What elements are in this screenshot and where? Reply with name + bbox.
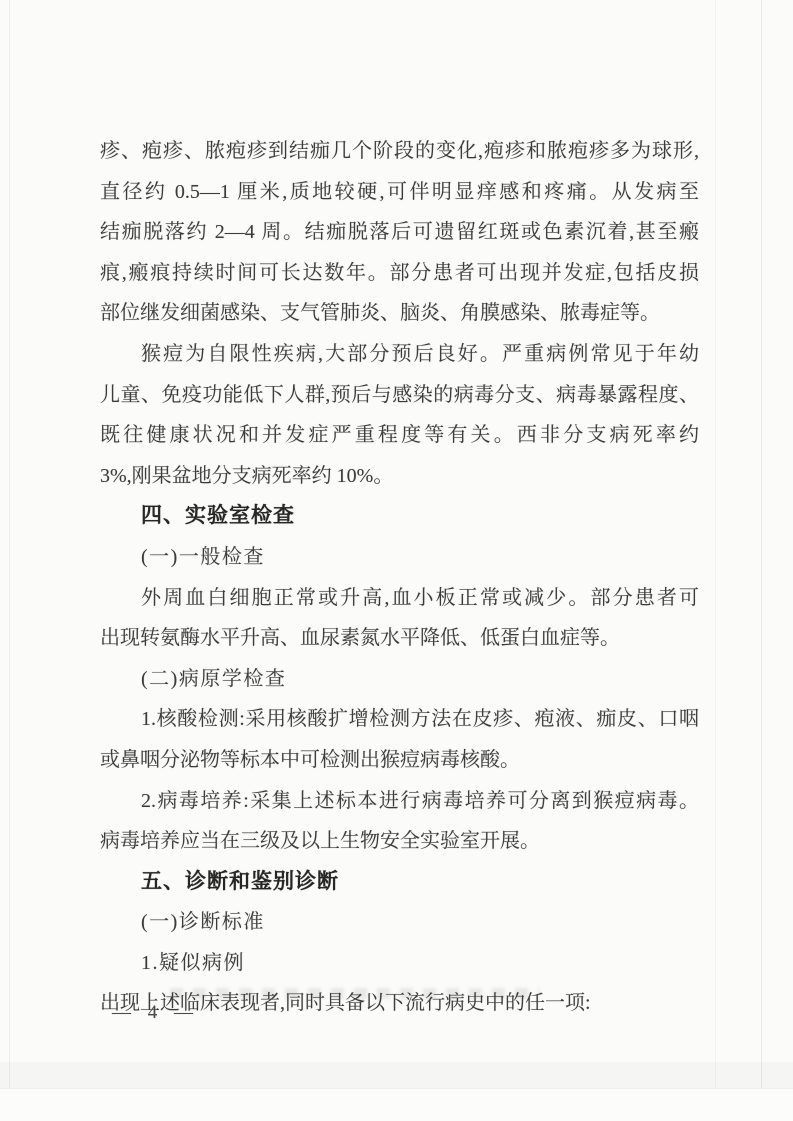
- page-number: — 4 —: [112, 1002, 199, 1024]
- subsection-heading: (二)病原学检查: [100, 659, 699, 700]
- scan-edge-line-right-outer: [761, 0, 762, 1121]
- text-line: 儿童、免疫功能低下人群,预后与感染的病毒分支、病毒暴露程度、: [100, 375, 699, 416]
- text-line: 结痂脱落约 2—4 周。结痂脱落后可遗留红斑或色素沉着,甚至瘢: [100, 212, 699, 253]
- section-heading: 四、实验室检查: [100, 496, 699, 537]
- subsection-heading: (一)诊断标准: [100, 902, 699, 943]
- text-line: 出现转氨酶水平升高、血尿素氮水平降低、低蛋白血症等。: [100, 618, 699, 659]
- text-line: 1.核酸检测:采用核酸扩增检测方法在皮疹、疱液、痂皮、口咽: [100, 699, 699, 740]
- scan-edge-line-left: [9, 0, 10, 1121]
- document-body: 疹、疱疹、脓疱疹到结痂几个阶段的变化,疱疹和脓疱疹多为球形,直径约 0.5—1 …: [100, 131, 699, 1024]
- text-line: 2.病毒培养:采集上述标本进行病毒培养可分离到猴痘病毒。: [100, 781, 699, 822]
- text-line: 或鼻咽分泌物等标本中可检测出猴痘病毒核酸。: [100, 740, 699, 781]
- text-line: 猴痘为自限性疾病,大部分预后良好。严重病例常见于年幼: [100, 334, 699, 375]
- scanned-document-page: 疹、疱疹、脓疱疹到结痂几个阶段的变化,疱疹和脓疱疹多为球形,直径约 0.5—1 …: [0, 0, 793, 1121]
- text-line: 病毒培养应当在三级及以上生物安全实验室开展。: [100, 821, 699, 862]
- scan-edge-line-right-inner: [715, 0, 716, 1121]
- subsection-heading: 1.疑似病例: [100, 943, 699, 984]
- subsection-heading: (一)一般检查: [100, 537, 699, 578]
- text-line: 既往健康状况和并发症严重程度等有关。西非分支病死率约: [100, 415, 699, 456]
- text-line: 疹、疱疹、脓疱疹到结痂几个阶段的变化,疱疹和脓疱疹多为球形,: [100, 131, 699, 172]
- scan-artifact-band: [0, 1062, 793, 1088]
- text-line: 直径约 0.5—1 厘米,质地较硬,可伴明显痒感和疼痛。从发病至: [100, 172, 699, 213]
- text-line: 外周血白细胞正常或升高,血小板正常或减少。部分患者可: [100, 578, 699, 619]
- scan-artifact-bottom-strip: [0, 1088, 793, 1121]
- text-line: 部位继发细菌感染、支气管肺炎、脑炎、角膜感染、脓毒症等。: [100, 293, 699, 334]
- section-heading: 五、诊断和鉴别诊断: [100, 862, 699, 903]
- text-line: 痕,瘢痕持续时间可长达数年。部分患者可出现并发症,包括皮损: [100, 253, 699, 294]
- text-line: 3%,刚果盆地分支病死率约 10%。: [100, 456, 699, 497]
